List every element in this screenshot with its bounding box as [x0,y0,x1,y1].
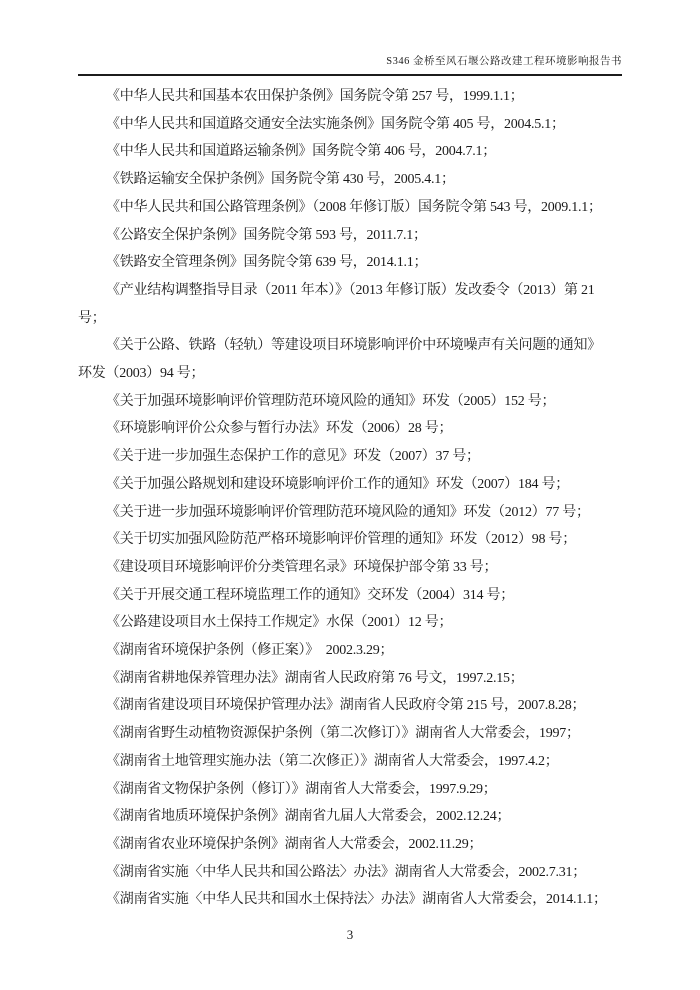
header-title: S346 金桥至风石堰公路改建工程环境影响报告书 [386,56,622,67]
regulation-item: 《公路建设项目水土保持工作规定》水保（2001）12 号； [78,609,622,637]
regulation-item: 《湖南省野生动植物资源保护条例（第二次修订）》湖南省人大常委会，1997； [78,720,622,748]
report-page: S346 金桥至风石堰公路改建工程环境影响报告书 《中华人民共和国基本农田保护条… [0,0,700,990]
regulation-item: 《湖南省土地管理实施办法（第二次修正）》湖南省人大常委会，1997.4.2； [78,748,622,776]
regulation-item: 《湖南省地质环境保护条例》湖南省九届人大常委会，2002.12.24； [78,803,622,831]
regulation-item: 《湖南省耕地保养管理办法》湖南省人民政府第 76 号文，1997.2.15； [78,665,622,693]
regulation-item: 《关于开展交通工程环境监理工作的通知》交环发（2004）314 号； [78,582,622,610]
regulation-item: 《公路安全保护条例》国务院令第 593 号，2011.7.1； [78,222,622,250]
page-number: 3 [347,927,354,942]
regulation-item: 《产业结构调整指导目录（2011 年本）》（2013 年修订版）发改委令（201… [78,277,622,332]
regulation-item: 《中华人民共和国基本农田保护条例》国务院令第 257 号，1999.1.1； [78,83,622,111]
regulation-item: 《湖南省实施〈中华人民共和国水土保持法〉办法》湖南省人大常委会，2014.1.1… [78,886,622,914]
page-header: S346 金桥至风石堰公路改建工程环境影响报告书 [78,55,622,76]
regulation-item: 《中华人民共和国道路交通安全法实施条例》国务院令第 405 号，2004.5.1… [78,111,622,139]
regulation-item: 《铁路安全管理条例》国务院令第 639 号，2014.1.1； [78,249,622,277]
regulation-item: 《关于切实加强风险防范严格环境影响评价管理的通知》环发（2012）98 号； [78,526,622,554]
regulation-list: 《中华人民共和国基本农田保护条例》国务院令第 257 号，1999.1.1； 《… [78,83,622,914]
page-footer: 3 [0,925,700,945]
regulation-item: 《关于进一步加强生态保护工作的意见》环发（2007）37 号； [78,443,622,471]
regulation-item: 《关于加强环境影响评价管理防范环境风险的通知》环发（2005）152 号； [78,388,622,416]
regulation-item: 《关于加强公路规划和建设环境影响评价工作的通知》环发（2007）184 号； [78,471,622,499]
regulation-item: 《湖南省实施〈中华人民共和国公路法〉办法》湖南省人大常委会，2002.7.31； [78,859,622,887]
regulation-item: 《铁路运输安全保护条例》国务院令第 430 号，2005.4.1； [78,166,622,194]
regulation-item: 《湖南省环境保护条例（修正案）》 2002.3.29； [78,637,622,665]
regulation-item: 《湖南省农业环境保护条例》湖南省人大常委会，2002.11.29； [78,831,622,859]
regulation-item: 《关于公路、铁路（轻轨）等建设项目环境影响评价中环境噪声有关问题的通知》 环发（… [78,332,622,387]
regulation-item: 《湖南省建设项目环境保护管理办法》湖南省人民政府令第 215 号，2007.8.… [78,692,622,720]
regulation-item: 《建设项目环境影响评价分类管理名录》环境保护部令第 33 号； [78,554,622,582]
regulation-item: 《中华人民共和国道路运输条例》国务院令第 406 号，2004.7.1； [78,138,622,166]
regulation-item: 《中华人民共和国公路管理条例》（2008 年修订版）国务院令第 543 号，20… [78,194,622,222]
regulation-item: 《湖南省文物保护条例（修订）》湖南省人大常委会，1997.9.29； [78,776,622,804]
regulation-item: 《关于进一步加强环境影响评价管理防范环境风险的通知》环发（2012）77 号； [78,499,622,527]
regulation-item: 《环境影响评价公众参与暂行办法》环发（2006）28 号； [78,415,622,443]
